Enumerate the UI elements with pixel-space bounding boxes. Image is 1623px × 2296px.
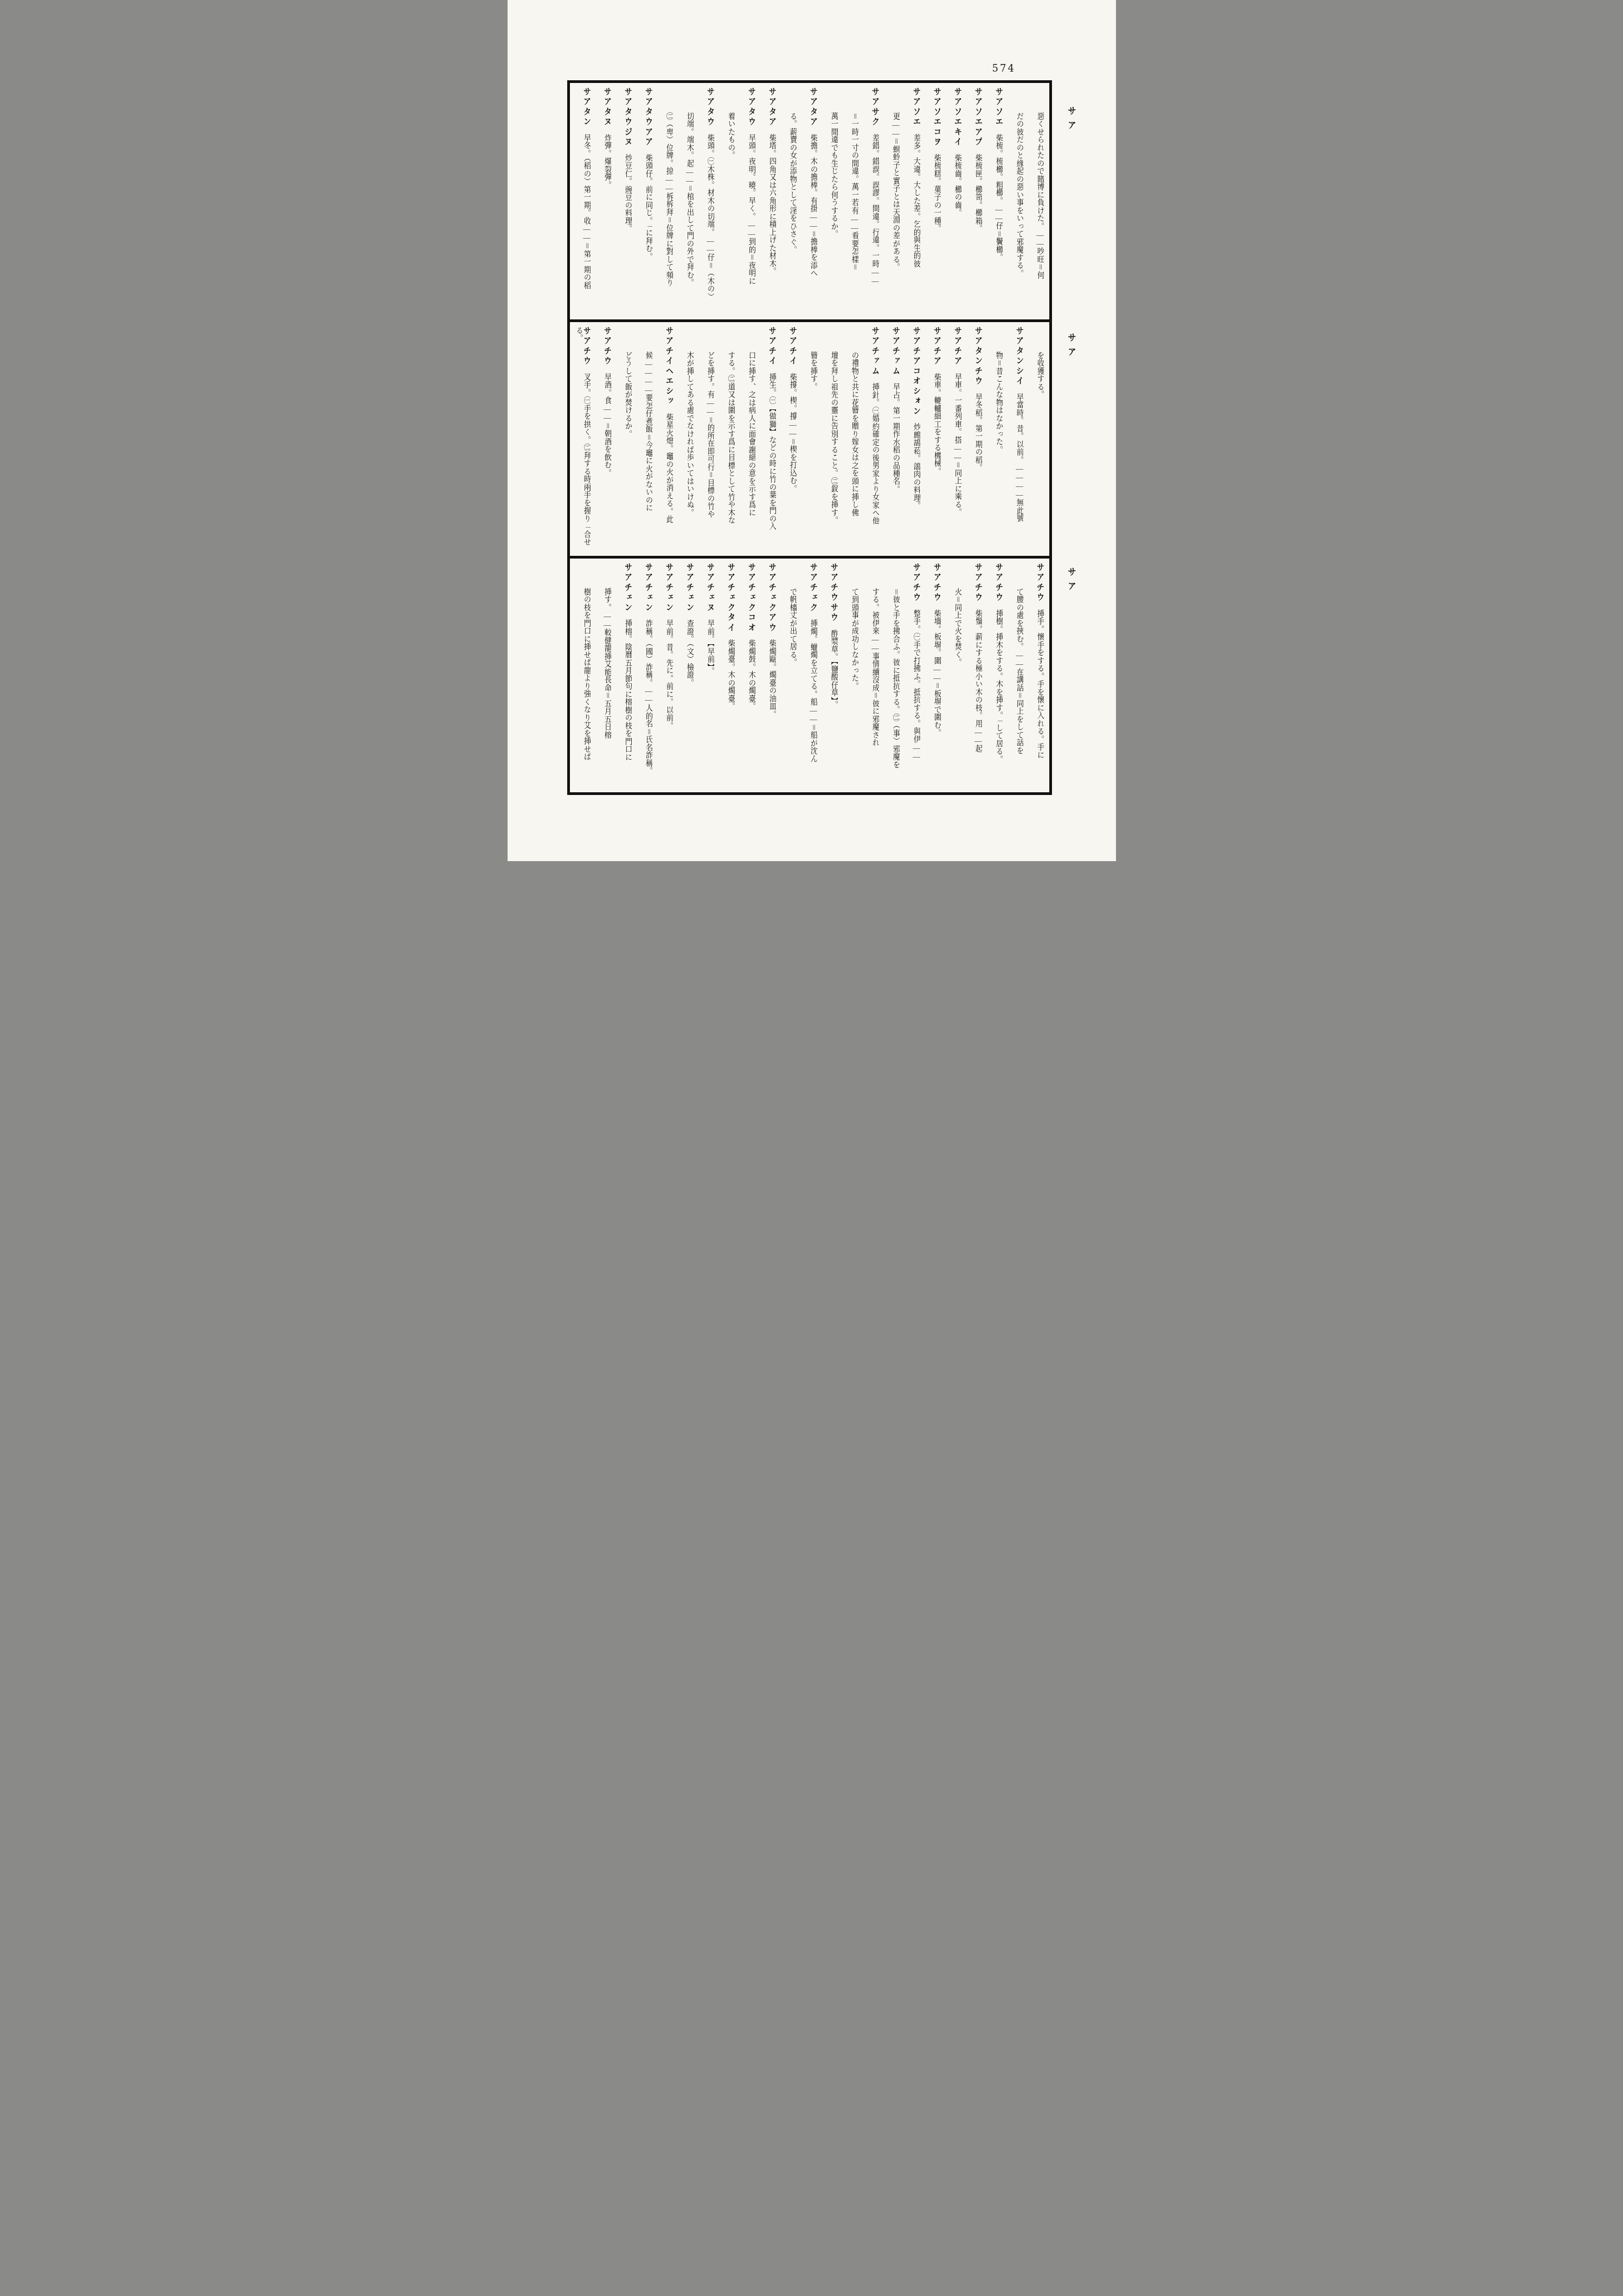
definition-text: する。㊁道又は圍を示す爲に目標として竹や木な <box>727 351 735 524</box>
headword: サアチェン <box>665 563 673 620</box>
headword: サアタウ <box>747 87 755 134</box>
entry-column: する。被伊來――事情續沒成＝彼に邪魔され <box>858 563 879 790</box>
definition-text: だの彼だのと緣起の惡い事をいって邪魔する。 <box>1016 112 1023 278</box>
headword: サアチェン <box>685 563 694 620</box>
headword: サアチイ <box>768 326 776 373</box>
entry-column: サアソエ差多。大違。大した差。乞的與生的彼 <box>900 87 920 317</box>
definition-text: ＝一時一寸の間違。萬一若有――看要怎樣＝ <box>851 112 858 271</box>
definition-text: 柴撐。楔。撐――＝楔を打込む。 <box>789 373 797 493</box>
headword: サアチェクタイ <box>727 563 735 640</box>
headword: サアチイヘエシッ <box>665 326 673 413</box>
definition-text: 早酒。食――＝朝酒を飲む。 <box>604 373 611 477</box>
margin-tab: サア <box>1065 567 1077 595</box>
entry-column: サアタヌ炸彈。爆裂彈。 <box>591 87 611 317</box>
entry-column: サアチァム挿針。㊀婚約確定の後男家より女家へ他 <box>858 326 879 554</box>
definition-text: 查證。（文）檢證。 <box>686 620 694 687</box>
headword: サアチア <box>953 326 961 373</box>
definition-text: 挿燭。蠟燭を立てる。船――＝船が沈ん <box>810 620 817 763</box>
entry-column: サアタア柴塔。四角又は六角形に積上げた材木。 <box>755 87 776 317</box>
entry-column: サアチェクタイ柴燭臺。木の燭臺。 <box>714 563 735 790</box>
entry-column: 物＝昔こんな物はなかった。 <box>982 326 1003 554</box>
entry-column: サアソエコヲ柴梳糕。菓子の一種。 <box>920 87 941 317</box>
dictionary-page-scan: 574 サア サア サア 惡くせられたので賭博に負けた。――吵旺＝何だの彼だのと… <box>508 0 1116 861</box>
headword: サアソエコヲ <box>933 87 941 154</box>
definition-text: 早冬稻。第一期の稻。 <box>974 393 982 472</box>
entry-column: サアタア柴擔。木の擔棒。有掛――＝擔棒を添へ <box>797 87 817 317</box>
definition-text: 早前。【早前】。 <box>707 620 714 676</box>
entry-column: サアチウ挿樹。挿木をする。木を挿す。「して居る。 <box>982 563 1003 790</box>
headword: サアチウ <box>582 326 591 373</box>
definition-text: 柴塔。四角又は六角形に積上げた材木。 <box>768 134 776 275</box>
definition-text: 柴頭仔。前に同じ。「に拜む。 <box>645 154 652 260</box>
definition-text: 柴燭甌。燭臺の油皿。 <box>768 640 776 719</box>
headword: サアチェン <box>624 563 632 620</box>
definition-text: 炸彈。爆裂彈。 <box>604 134 611 189</box>
definition-text: 挿樹。挿木をする。木を挿す。「して居る。 <box>995 610 1003 763</box>
entry-column: 壇を拜し祖先の靈に告別すること。㊁釵を挿す。 <box>817 326 838 554</box>
entry-column: サアタンチウ早冬稻。第一期の稻。 <box>961 326 982 554</box>
headword: サアタア <box>768 87 776 134</box>
entry-column: 挿す。――較健龍挿艾能長命＝五月五日榕 <box>591 563 611 790</box>
entry-column: サアチア柴車。轆轤細工をする機械。 <box>920 326 941 554</box>
entry-column: ＝彼と手を拂合ふ。彼に抵抗する。㊁（事）邪魔を <box>879 563 900 790</box>
entry-column: サアチウ整手。㊀手で打拂ふ。抵抗する。與伊―― <box>900 563 920 790</box>
page-frame: 惡くせられたので賭博に負けた。――吵旺＝何だの彼だのと緣起の惡い事をいって邪魔す… <box>567 80 1052 795</box>
definition-text: 着いたもの。 <box>727 112 735 159</box>
entry-column: サアチイヘエシッ柴星火熄。竈の火が消える。此 <box>652 326 673 554</box>
entry-column: て腰の處を挾む。――在講話＝同上をして話を <box>1003 563 1023 790</box>
definition-text: 柴墻。板塀。圍――＝板塀で圍む。 <box>933 610 941 737</box>
headword: サアチァム <box>891 326 900 383</box>
definition-text: どを挿す。有――＝的所在即可行＝目標の竹や <box>707 351 714 518</box>
definition-text: て腰の處を挾む。――在講話＝同上をして話を <box>1016 588 1023 755</box>
definition-text: 柴燭臺。木の燭臺。 <box>727 640 735 711</box>
entry-column: ＝一時一寸の間違。萬一若有――看要怎樣＝ <box>838 87 858 317</box>
headword: サアタウジヌ <box>624 87 632 154</box>
entry-column: サアチェン詐稱。（國）詐稱。――人的名＝氏名詐稱。 <box>632 563 652 790</box>
entry-column: サアチアコオシォン炒鷓鴣菘。鴿肉の料理。 <box>900 326 920 554</box>
entry-column: どうして飯が焚けるか。 <box>611 326 632 554</box>
entry-column: 口に挿す、之は病人に面會謝絕の意を示す爲に <box>735 326 755 554</box>
definition-text: 物＝昔こんな物はなかった。 <box>995 351 1003 454</box>
entry-column: で帆檣丈が出て居る。 <box>776 563 797 790</box>
entry-column: サアタウジヌ炒豆仁。豌豆の料理。 <box>611 87 632 317</box>
headword: サアチェン <box>644 563 652 620</box>
entry-column: 火＝同上で火を焚く。 <box>941 563 961 790</box>
headword: サアチウ <box>912 563 920 610</box>
entry-column: どを挿す。有――＝的所在即可行＝目標の竹や <box>694 326 714 554</box>
definition-text: 柴梳糕。菓子の一種。 <box>933 154 941 233</box>
entry-column: サアチェクコオ柴燭鼓。木の燭臺。 <box>735 563 755 790</box>
entry-column: 木が挿してある處でなければ歩いてはいけぬ。 <box>673 326 694 554</box>
definition-text: 柴梳匣。櫛笥。櫛箱。 <box>974 154 982 233</box>
entry-column: サアチイ柴撐。楔。撐――＝楔を打込む。 <box>776 326 797 554</box>
definition-text: 切端。端木。起――＝棺を出して門の外で拜む。 <box>686 112 694 287</box>
margin-tab: サア <box>1065 333 1077 361</box>
entry-column: サアチウ柴鬚。薪にする極小い木の枝。用――起 <box>961 563 982 790</box>
definition-text: 早頭。夜明。曉。早く。――到的＝夜明に <box>748 134 755 285</box>
entry-column: 候――――要怎仔煮飯＝今竈に火がないのに <box>632 326 652 554</box>
entry-column: サアタウ早頭。夜明。曉。早く。――到的＝夜明に <box>735 87 755 317</box>
text-band-middle: を收獲する。サアタンシイ早當時。昔。以前。――――無此號物＝昔こんな物はなかった… <box>570 319 1049 556</box>
entry-column: する。㊁道又は圍を示す爲に目標として竹や木な <box>714 326 735 554</box>
page-number: 574 <box>992 63 1016 74</box>
definition-text: る。薪賣の女が添物として淫をひさぐ。 <box>789 112 797 254</box>
entry-column: 萬一間違でも生じたら何うするか。 <box>817 87 838 317</box>
headword: サアチウ <box>1036 563 1044 610</box>
definition-text: 萬一間違でも生じたら何うするか。 <box>830 112 838 238</box>
definition-text: 更――＝螟蛉子と實子とは天淵の差がある。 <box>892 112 900 271</box>
margin-tab: サア <box>1065 106 1077 134</box>
definition-text: 候――――要怎仔煮飯＝今竈に火がないのに <box>645 351 652 512</box>
headword: サアチァム <box>871 326 879 383</box>
definition-text: 柴頭。㊀木株。材木の切端。――仔＝（木の） <box>707 134 714 301</box>
headword: サアチェク <box>809 563 817 620</box>
entry-column: る。薪賣の女が添物として淫をひさぐ。 <box>776 87 797 317</box>
definition-text: 炒鷓鴣菘。鴿肉の料理。 <box>913 424 920 510</box>
entry-column: 樹の枝を門口に挿せば龍より強くなり艾を挿せば <box>570 563 591 790</box>
definition-text: 詐稱。（國）詐稱。――人的名＝氏名詐稱。 <box>645 620 652 775</box>
definition-text: 差錯。錯誤。誤謬。間違。行違。一時―― <box>871 134 879 285</box>
definition-text: 整手。㊀手で打拂ふ。抵抗する。與伊―― <box>913 610 920 761</box>
entry-column: サアソエアプ柴梳匣。櫛笥。櫛箱。 <box>961 87 982 317</box>
headword: サアチェクアウ <box>768 563 776 640</box>
entry-column: の禮物と共に花簪を贈り嫁女は之を頭に挿し佛 <box>838 326 858 554</box>
definition-text: 酢漿草。【鹽酸仔草】。 <box>830 630 838 709</box>
entry-column: サアチウサウ酢漿草。【鹽酸仔草】。 <box>817 563 838 790</box>
headword: サアチアコオシォン <box>912 326 920 424</box>
entry-column: 切端。端木。起――＝棺を出して門の外で拜む。 <box>673 87 694 317</box>
definition-text: 早冬。（稻の）第一期。收――＝第一期の稻 <box>583 134 591 289</box>
definition-text: 挿榕。陰曆五月節句に榕樹の枝を門口に <box>624 620 632 761</box>
definition-text: を收獲する。 <box>1036 351 1044 399</box>
entry-column: サアチェン挿榕。陰曆五月節句に榕樹の枝を門口に <box>611 563 632 790</box>
definition-text: 柴鬚。薪にする極小い木の枝。用――起 <box>974 610 982 753</box>
definition-text: 柴星火熄。竈の火が消える。此 <box>665 413 673 523</box>
entry-column: を收獲する。 <box>1023 326 1044 554</box>
headword: サアソエアプ <box>974 87 982 154</box>
definition-text: 壇を拜し祖先の靈に告別すること。㊁釵を挿す。 <box>830 351 838 524</box>
definition-text: で帆檣丈が出て居る。 <box>789 588 797 666</box>
headword: サアチェヌ <box>706 563 714 620</box>
definition-text: 挿生。㊀【做獅】などの時に竹の葉を門の入 <box>768 373 776 530</box>
definition-text: 挿針。㊀婚約確定の後男家より女家へ他 <box>871 383 879 525</box>
headword: サアチェクコオ <box>747 563 755 640</box>
headword: サアタウアア <box>644 87 652 154</box>
entry-column: 着いたもの。 <box>714 87 735 317</box>
definition-text: 差多。大違。大した差。乞的與生的彼 <box>913 134 920 268</box>
entry-column: て到頭事が成功しなかった。 <box>838 563 858 790</box>
definition-text: 挿手。懷手をする。手を懷に入れる。手に <box>1036 610 1044 759</box>
entry-column: サアチウ早酒。食――＝朝酒を飲む。 <box>591 326 611 554</box>
definition-text: 柴車。轆轤細工をする機械。 <box>933 373 941 476</box>
entry-column: サアチェン查證。（文）檢證。 <box>673 563 694 790</box>
entry-column: サアソエキイ柴梳齒。櫛の齒。 <box>941 87 961 317</box>
headword: サアチウサウ <box>830 563 838 630</box>
definition-text: 火＝同上で火を焚く。 <box>954 588 961 666</box>
entry-column: サアタウアア柴頭仔。前に同じ。「に拜む。 <box>632 87 652 317</box>
entry-column: サアサク差錯。錯誤。誤謬。間違。行違。一時―― <box>858 87 879 317</box>
headword: サアソエ <box>912 87 920 134</box>
headword: サアタウ <box>706 87 714 134</box>
entry-column: サアソエ柴梳。梳櫛。粗櫛。――仔＝鬢櫛。 <box>982 87 1003 317</box>
headword: サアサク <box>871 87 879 134</box>
entry-column: サアタウ柴頭。㊀木株。材木の切端。――仔＝（木の） <box>694 87 714 317</box>
headword: サアソエキイ <box>953 87 961 154</box>
definition-text: 早當時。昔。以前。――――無此號 <box>1016 393 1023 522</box>
definition-text: て到頭事が成功しなかった。 <box>851 588 858 690</box>
definition-text: 柴梳齒。櫛の齒。 <box>954 154 961 217</box>
headword: サアタンシイ <box>1015 326 1023 393</box>
headword: サアタヌ <box>603 87 611 134</box>
definition-text: 炒豆仁。豌豆の料理。 <box>624 154 632 233</box>
definition-text: 簪を挿す。 <box>810 351 817 391</box>
entry-column: サアタンシイ早當時。昔。以前。――――無此號 <box>1003 326 1023 554</box>
entry-column: サアチァム早占。第一期作水稻の品種名。 <box>879 326 900 554</box>
entry-column: サアチイ挿生。㊀【做獅】などの時に竹の葉を門の入 <box>755 326 776 554</box>
definition-text: 木が挿してある處でなければ歩いてはいけぬ。 <box>686 351 694 517</box>
entry-column: ㊁（卑）位牌。掠――柝柝拜＝位牌に對して頻り <box>652 87 673 317</box>
definition-text: 口に挿す、之は病人に面會謝絕の意を示す爲に <box>748 351 755 517</box>
entry-column: サアチェクアウ柴燭甌。燭臺の油皿。 <box>755 563 776 790</box>
definition-text: 早車。一番列車。搭――＝同上に乘る。 <box>954 373 961 516</box>
headword: サアチウ <box>933 563 941 610</box>
definition-text: 柴擔。木の擔棒。有掛――＝擔棒を添へ <box>810 134 817 277</box>
headword: サアタン <box>582 87 591 134</box>
text-band-bottom: サアチウ挿手。懷手をする。手を懷に入れる。手にて腰の處を挾む。――在講話＝同上を… <box>570 556 1049 792</box>
definition-text: する。被伊來――事情續沒成＝彼に邪魔され <box>871 588 879 747</box>
entry-column: サアタン早冬。（稻の）第一期。收――＝第一期の稻 <box>570 87 591 317</box>
headword: サアチウ <box>603 326 611 373</box>
definition-text: の禮物と共に花簪を贈り嫁女は之を頭に挿し佛 <box>851 351 858 517</box>
headword: サアタンチウ <box>974 326 982 393</box>
entry-column: サアチウ挿手。懷手をする。手を懷に入れる。手に <box>1023 563 1044 790</box>
definition-text: 柴燭鼓。木の燭臺。 <box>748 640 755 711</box>
headword: サアチイ <box>788 326 797 373</box>
entry-column: だの彼だのと緣起の惡い事をいって邪魔する。 <box>1003 87 1023 317</box>
definition-text: 樹の枝を門口に挿せば龍より強くなり艾を挿せば <box>583 588 591 761</box>
entry-column: 簪を挿す。 <box>797 326 817 554</box>
definition-text: 惡くせられたので賭博に負けた。――吵旺＝何 <box>1036 112 1044 279</box>
definition-text: 挿す。――較健龍挿艾能長命＝五月五日榕 <box>604 588 611 739</box>
definition-text: ㊁（卑）位牌。掠――柝柝拜＝位牌に對して頻り <box>665 112 673 287</box>
headword: サアチウ <box>974 563 982 610</box>
text-band-top: 惡くせられたので賭博に負けた。――吵旺＝何だの彼だのと緣起の惡い事をいって邪魔す… <box>570 83 1049 319</box>
headword: サアチウ <box>995 563 1003 610</box>
definition-text: 早占。第一期作水稻の品種名。 <box>892 383 900 493</box>
headword: サアタア <box>809 87 817 134</box>
headword: サアチア <box>933 326 941 373</box>
entry-column: サアチウ柴墻。板塀。圍――＝板塀で圍む。 <box>920 563 941 790</box>
entry-column: 更――＝螟蛉子と實子とは天淵の差がある。 <box>879 87 900 317</box>
entry-column: サアチェン早前。昔。先に。前に。以前。 <box>652 563 673 790</box>
entry-column: サアチア早車。一番列車。搭――＝同上に乘る。 <box>941 326 961 554</box>
definition-text: どうして飯が焚けるか。 <box>624 351 632 438</box>
entry-column: サアチェヌ早前。【早前】。 <box>694 563 714 790</box>
entry-column: サアチウ叉手。㊀手を拱く。㊁拜する時兩手を握り「合せる。 <box>570 326 591 554</box>
entry-column: 惡くせられたので賭博に負けた。――吵旺＝何 <box>1023 87 1044 317</box>
definition-text: 柴梳。梳櫛。粗櫛。――仔＝鬢櫛。 <box>995 134 1003 261</box>
definition-text: 早前。昔。先に。前に。以前。 <box>665 620 673 730</box>
headword: サアソエ <box>995 87 1003 134</box>
definition-text: ＝彼と手を拂合ふ。彼に抵抗する。㊁（事）邪魔を <box>892 588 900 769</box>
entry-column: サアチェク挿燭。蠟燭を立てる。船――＝船が沈ん <box>797 563 817 790</box>
